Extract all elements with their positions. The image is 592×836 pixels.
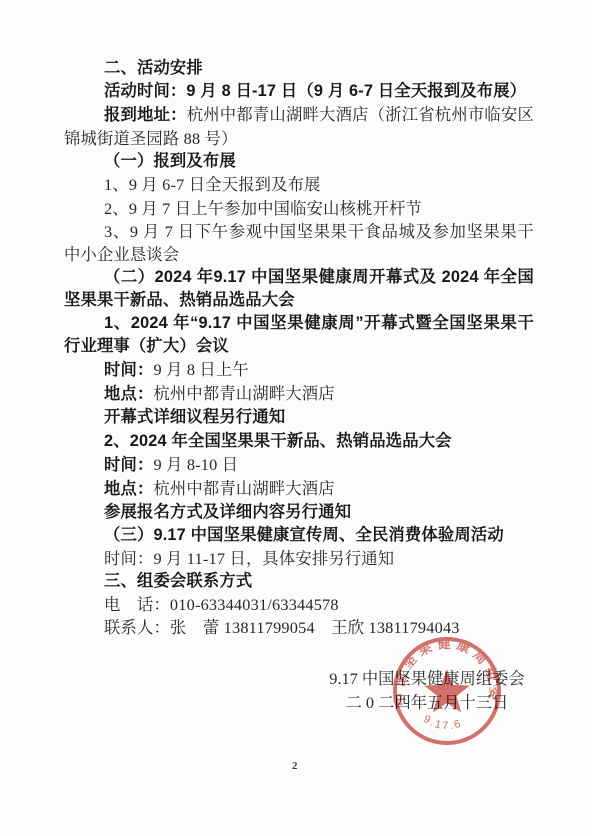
heading-checkin-setup: （一）报到及布展: [64, 150, 534, 173]
event2-venue-label: 地点：: [104, 480, 153, 498]
event2-time-value: 9 月 8-10 日: [153, 455, 238, 474]
line-event2-title: 2、2024 年全国坚果果干新品、热销品选品大会: [64, 430, 534, 453]
list-item-checkin-1: 1、9 月 6-7 日全天报到及布展: [64, 173, 534, 196]
line-activity-time: 活动时间：9 月 8 日-17 日（9 月 6-7 日全天报到及布展）: [64, 80, 534, 103]
signature-org: 9.17 中国坚果健康周组委会: [298, 667, 556, 691]
event1-venue-value: 杭州中都青山湖畔大酒店: [153, 384, 334, 403]
line-contacts: 联系人：张 蕾 13811799054 王欣 13811794043: [64, 616, 534, 639]
heading-opening-ceremony: （二）2024 年9.17 中国坚果健康周开幕式及 2024 年全国坚果果干新品…: [64, 266, 534, 312]
line-phone: 电 话：010-63344031/63344578: [64, 593, 534, 616]
document-body: 二、活动安排 活动时间：9 月 8 日-17 日（9 月 6-7 日全天报到及布…: [64, 57, 534, 639]
heading-contact-info: 三、组委会联系方式: [64, 570, 534, 593]
event2-time-label: 时间：: [104, 456, 153, 474]
list-item-checkin-2: 2、9 月 7 日上午参加中国临安山核桃开杆节: [64, 197, 534, 220]
signature-date: 二 0 二四年五月十三日: [298, 691, 556, 715]
line-event3-time: 时间：9 月 11-17 日，具体安排另行通知: [64, 547, 534, 570]
line-registration-notice: 参展报名方式及详细内容另行通知: [64, 501, 534, 524]
heading-activity-arrangement: 二、活动安排: [64, 57, 534, 80]
line-event1-venue: 地点：杭州中都青山湖畔大酒店: [64, 382, 534, 406]
line-event1-time: 时间：9 月 8 日上午: [64, 358, 534, 382]
checkin-address-label: 报到地址：: [104, 106, 187, 124]
line-checkin-address: 报到地址：杭州中都青山湖畔大酒店（浙江省杭州市临安区锦城街道圣园路 88 号）: [64, 103, 534, 150]
event2-venue-value: 杭州中都青山湖畔大酒店: [153, 479, 334, 498]
seal-bottom-text: 9.17.6: [421, 713, 464, 732]
list-item-checkin-3: 3、9 月 7 日下午参观中国坚果果干食品城及参加坚果果干中小企业恳谈会: [64, 220, 534, 266]
heading-promotion-week: （三）9.17 中国坚果健康宣传周、全民消费体验周活动: [64, 524, 534, 547]
line-event1-title: 1、2024 年“9.17 中国坚果健康周”开幕式暨全国坚果果干行业理事（扩大）…: [64, 312, 534, 358]
signature-block: 9.17 中国坚果健康周组委会 二 0 二四年五月十三日: [298, 667, 556, 714]
event1-time-label: 时间：: [104, 361, 153, 379]
line-agenda-notice: 开幕式详细议程另行通知: [64, 406, 534, 429]
document-page: 二、活动安排 活动时间：9 月 8 日-17 日（9 月 6-7 日全天报到及布…: [0, 0, 592, 836]
page-number: 2: [292, 760, 298, 772]
event1-time-value: 9 月 8 日上午: [153, 360, 248, 379]
event1-venue-label: 地点：: [104, 385, 153, 403]
line-event2-time: 时间：9 月 8-10 日: [64, 453, 534, 477]
line-event2-venue: 地点：杭州中都青山湖畔大酒店: [64, 477, 534, 501]
